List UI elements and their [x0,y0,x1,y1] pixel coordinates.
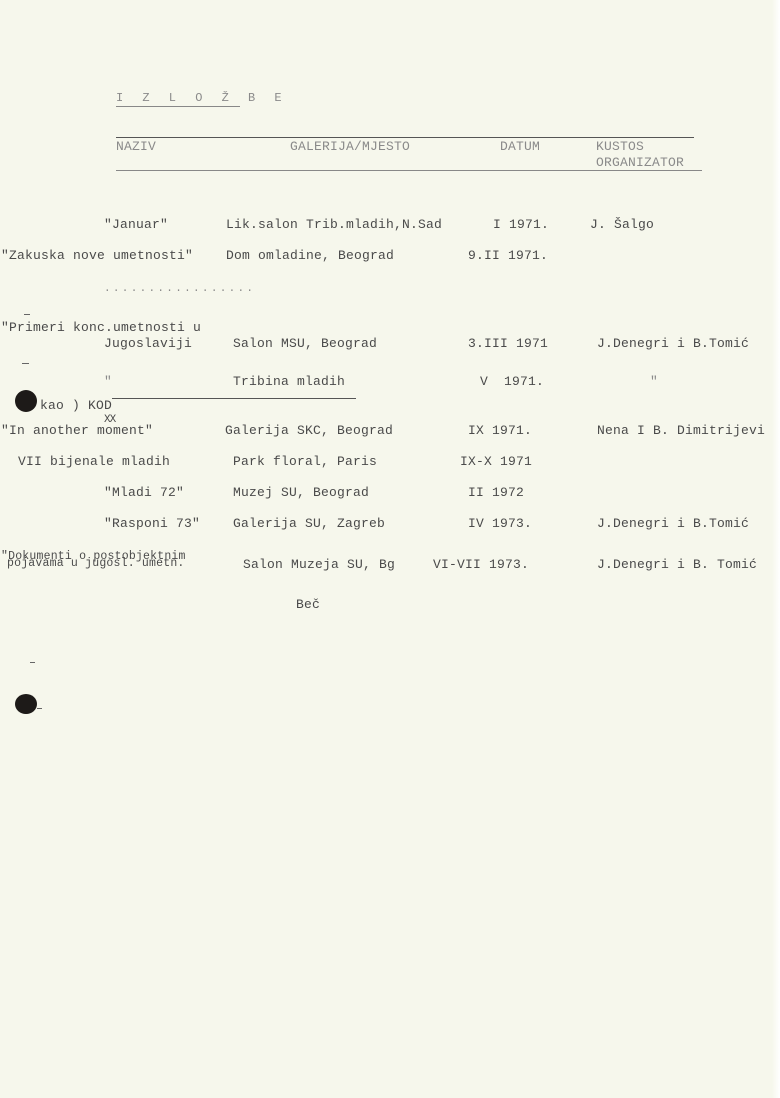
row-galerija: Dom omladine, Beograd [226,248,394,263]
row-datum: 3.III 1971 [468,336,548,351]
row-naziv: VII bijenale mladih [18,454,170,469]
ink-blot [15,694,37,714]
row-kustos: J.Denegri i B.Tomić [597,336,749,351]
column-header-galerija: GALERIJA/MJESTO [290,139,410,154]
row-kustos: J.Denegri i B.Tomić [597,516,749,531]
ink-mark [24,314,30,315]
row-datum: VI-VII 1973. [433,557,529,572]
row-galerija: Salon MSU, Beograd [233,336,377,351]
row-naziv: "In another moment" [1,423,153,438]
row-galerija: Galerija SU, Zagreb [233,516,385,531]
row-galerija: Park floral, Paris [233,454,377,469]
row-datum: IV 1973. [468,516,532,531]
row-datum: 9.II 1971. [468,248,548,263]
ink-blot [15,390,37,412]
row-datum: V 1971. [480,374,544,389]
dotted-separator: ................. [104,282,255,297]
row-naziv-line2: Jugoslaviji [104,336,192,351]
row-datum: IX-X 1971 [460,454,532,469]
header-bottom-rule [116,170,702,171]
row-galerija: Muzej SU, Beograd [233,485,369,500]
row-galerija: Galerija SKC, Beograd [225,423,393,438]
row-kustos: J. Šalgo [590,217,654,232]
row-naziv: "Januar" [104,217,168,232]
ink-mark [37,708,42,709]
row-galerija: Salon Muzeja SU, Bg [243,557,395,572]
column-header-naziv: NAZIV [116,139,156,154]
row-naziv: "Zakuska nove umetnosti" [1,248,193,263]
header-top-rule [116,137,694,138]
row-datum: I 1971. [493,217,549,232]
ink-mark [22,363,29,364]
row-datum: II 1972 [468,485,524,500]
column-header-organizator: ORGANIZATOR [596,155,684,170]
document-title: I Z L O Ž B E [116,91,288,106]
row-datum: IX 1971. [468,423,532,438]
column-header-kustos: KUSTOS [596,139,644,154]
row-naziv: "Mladi 72" [104,485,184,500]
row-naziv-line2: pojavama u jugosl. umetn. [7,559,185,568]
extra-location: Beč [296,597,320,612]
row-naziv-line1: "Primeri konc.umetnosti u [1,320,201,335]
ink-mark [30,662,35,663]
title-underline [116,106,240,107]
row-kustos: Nena I B. Dimitrijevi [597,423,765,438]
row-kustos: J.Denegri i B. Tomić [597,557,757,572]
annotation-text: kao ) KOD [40,398,112,413]
row-naziv-ditto: " [104,374,112,389]
column-header-datum: DATUM [500,139,540,154]
row-naziv: "Rasponi 73" [104,516,200,531]
handwritten-rule [112,398,356,399]
row-galerija: Lik.salon Trib.mladih,N.Sad [226,217,442,232]
row-kustos-ditto: " [650,374,658,389]
page-edge [772,0,780,1098]
row-galerija: Tribina mladih [233,374,345,389]
